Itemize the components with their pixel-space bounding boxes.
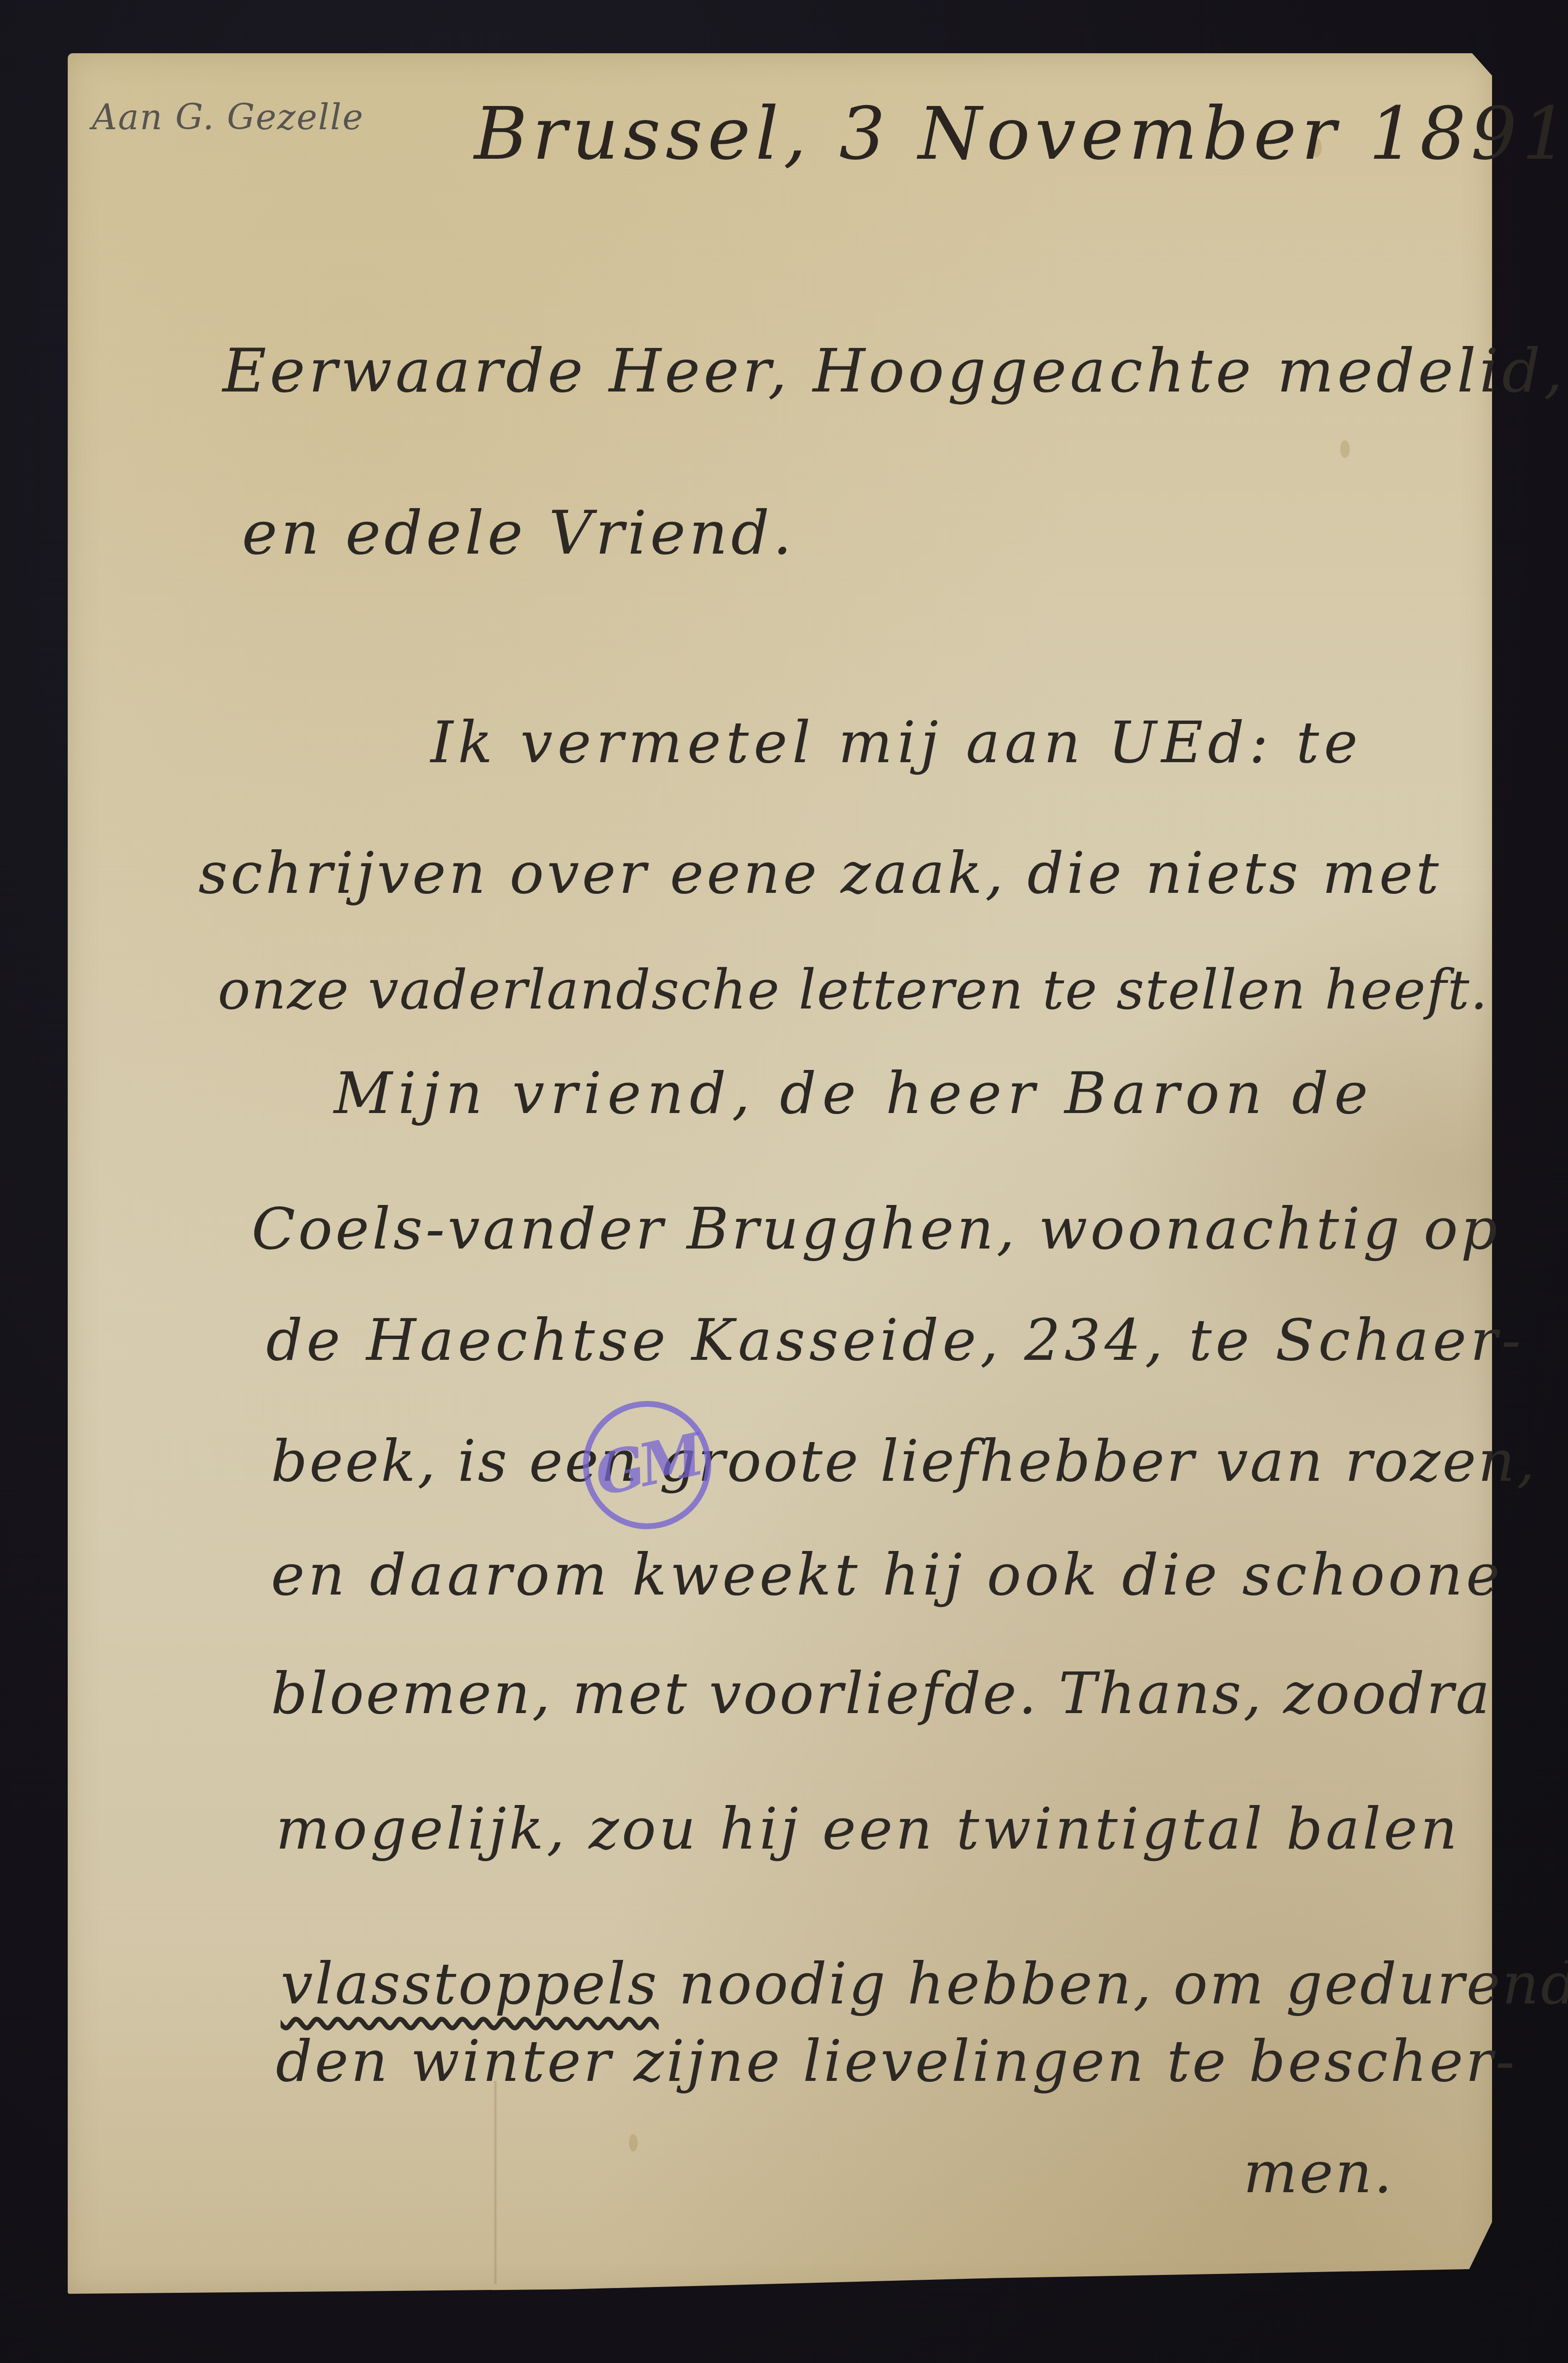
letter-place-date: Brussel, 3 November 1891.: [474, 92, 1568, 176]
pencil-annotation-recipient: Aan G. Gezelle: [92, 97, 364, 137]
body-line-10: mogelijk, zou hij een twintigtal balen: [276, 1800, 1460, 1857]
body-line-13: men.: [1243, 2144, 1394, 2201]
body-line-12: den winter zijne lievelingen te bescher-: [276, 2032, 1517, 2090]
underlined-word-vlasstoppels: vlasstoppels: [281, 1950, 659, 2017]
paper-fold-line: [493, 2081, 497, 2284]
body-line-11-rest: noodig hebben, om gedurende: [679, 1950, 1568, 2017]
body-line-2: schrijven over eene zaak, die niets met: [198, 844, 1442, 902]
stamp-monogram-icon: GM: [589, 1421, 705, 1509]
body-line-11: vlasstoppels noodig hebben, om gedurende: [281, 1955, 1568, 2012]
body-line-5: Coels-vander Brugghen, woonachtig op: [252, 1200, 1500, 1257]
body-line-3: onze vaderlandsche letteren te stellen h…: [218, 963, 1489, 1017]
body-line-4: Mijn vriend, de heer Baron de: [334, 1065, 1374, 1122]
paper-stain: [1340, 440, 1350, 458]
salutation-line-2: en edele Vriend.: [242, 503, 795, 563]
body-line-9: bloemen, met voorliefde. Thans, zoodra: [271, 1665, 1492, 1722]
paper-stain: [629, 2134, 638, 2152]
body-line-6: de Haechtse Kasseide, 234, te Schaer-: [266, 1311, 1524, 1369]
salutation-line-1: Eerwaarde Heer, Hooggeachte medelid,: [223, 341, 1566, 401]
body-line-8: en daarom kweekt hij ook die schoone: [271, 1546, 1503, 1603]
body-line-7: beek, is een groote liefhebber van rozen…: [271, 1432, 1537, 1490]
body-line-1: Ik vermetel mij aan UEd: te: [431, 714, 1362, 771]
